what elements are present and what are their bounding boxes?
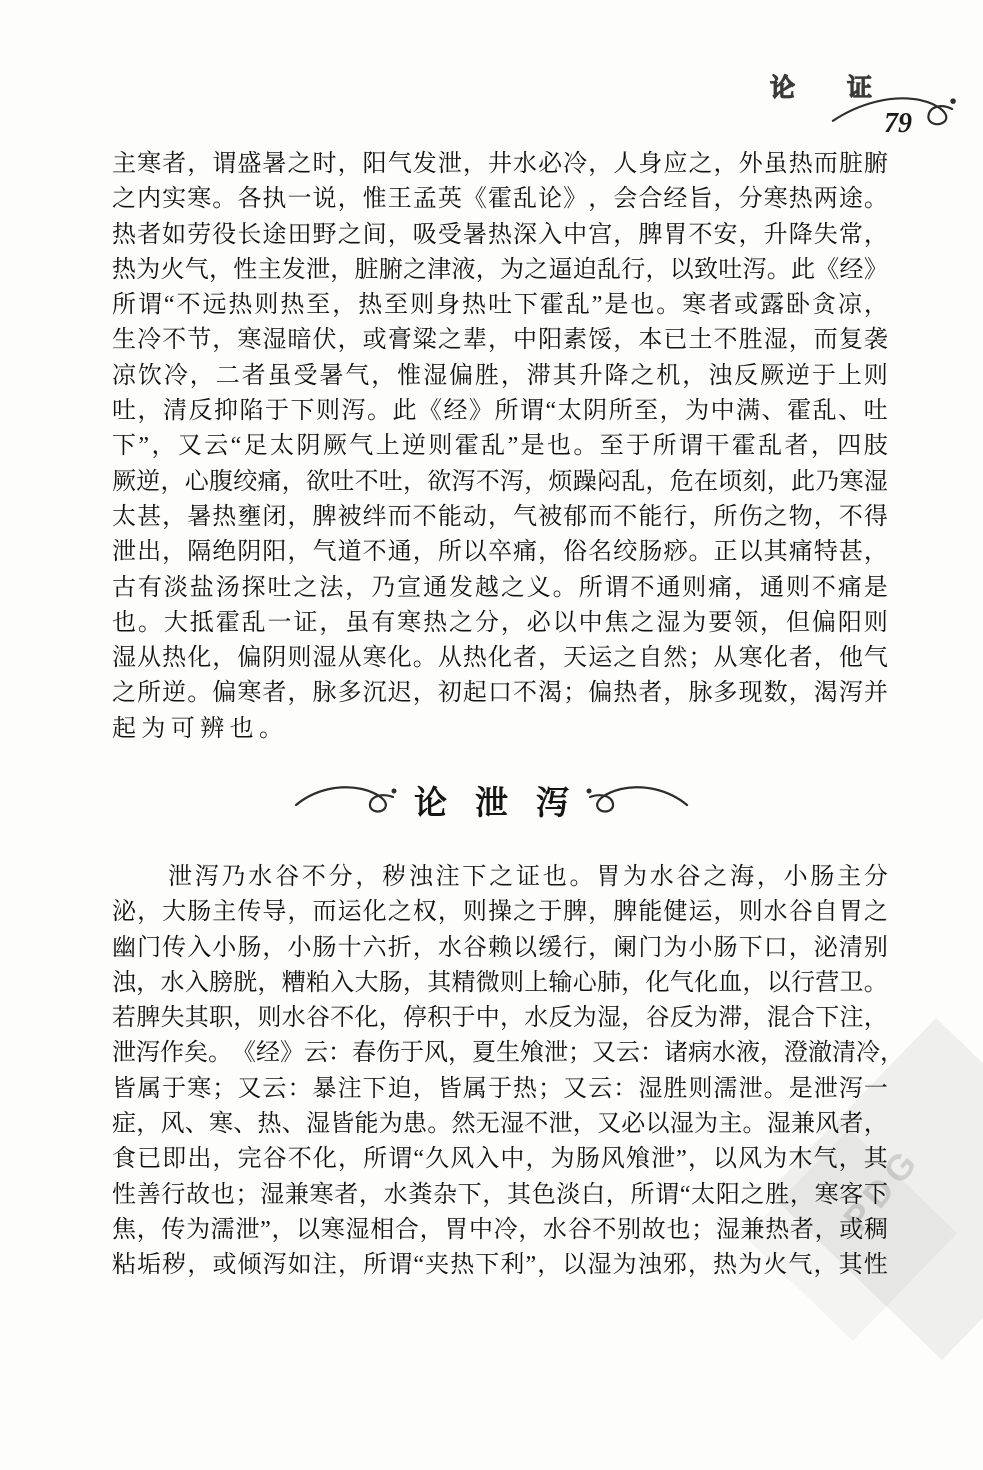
text-line: 焦，传为濡泄”，以寒湿相合，胃中冷，水谷不别故也；湿兼热者，或稠 <box>112 1213 888 1248</box>
scanned-book-page: PDG 论证 79 主寒者，谓盛暑之时，阳气发泄，井水必冷，人身应之，外虽热而脏… <box>0 0 983 1470</box>
text-line: 起为可辨也。 <box>112 712 888 747</box>
text-line: 浊，水入膀胱，糟粕入大肠，其精微则上输心肺，化气化血，以行营卫。 <box>112 966 888 1001</box>
text-line: 泌，大肠主传导，而运化之权，则操之于脾，脾能健运，则水谷自胃之 <box>112 895 888 930</box>
text-line: 厥逆，心腹绞痛，欲吐不吐，欲泻不泻，烦躁闷乱，危在顷刻，此乃寒湿 <box>112 465 888 500</box>
section-heading-row: 论泄泻 <box>0 778 983 822</box>
text-line: 吐，清反抑陷于下则泻。此《经》所谓“太阴所至，为中满、霍乱、吐 <box>112 394 888 429</box>
text-line: 生冷不节，寒湿暗伏，或膏粱之辈，中阳素馁，本已土不胜湿，而复袭 <box>112 323 888 358</box>
text-line: 热者如劳役长途田野之间，吸受暑热深入中宫，脾胃不安，升降失常， <box>112 218 888 253</box>
text-line: 食已即出，完谷不化，所谓“久风入中，为肠风飧泄”，以风为木气，其 <box>112 1142 888 1177</box>
text-line: 之所逆。偏寒者，脉多沉迟，初起口不渴；偏热者，脉多现数，渴泻并 <box>112 676 888 711</box>
text-line: 性善行故也；湿兼寒者，水粪杂下，其色淡白，所谓“太阳之胜，寒客下 <box>112 1178 888 1213</box>
text-line: 下”，又云“足太阴厥气上逆则霍乱”是也。至于所谓干霍乱者，四肢 <box>112 429 888 464</box>
text-line: 也。大抵霍乱一证，虽有寒热之分，必以中焦之湿为要领，但偏阳则 <box>112 606 888 641</box>
text-line: 泄泻作矣。《经》云：春伤于风，夏生飧泄；又云：诸病水液，澄澈清冷， <box>112 1036 888 1071</box>
text-line: 湿从热化，偏阴则湿从寒化。从热化者，天运之自然；从寒化者，他气 <box>112 641 888 676</box>
paragraph-huoluan: 主寒者，谓盛暑之时，阳气发泄，井水必冷，人身应之，外虽热而脏腑 之内实寒。各执一… <box>112 147 888 747</box>
text-line: 症，风、寒、热、湿皆能为患。然无湿不泄，又必以湿为主。湿兼风者， <box>112 1107 888 1142</box>
text-line: 皆属于寒；又云：暴注下迫，皆属于热；又云：湿胜则濡泄。是泄泻一 <box>112 1072 888 1107</box>
text-line: 幽门传入小肠，小肠十六折，水谷赖以缓行，阑门为小肠下口，泌清别 <box>112 931 888 966</box>
text-line: 粘垢秽，或倾泻如注，所谓“夹热下利”，以湿为浊邪，热为火气，其性 <box>112 1248 888 1283</box>
text-line: 之内实寒。各执一说，惟王孟英《霍乱论》，会合经旨，分寒热两途。 <box>112 182 888 217</box>
page-number: 79 <box>884 108 912 140</box>
text-line: 热为火气，性主发泄，脏腑之津液，为之逼迫乱行，以致吐泻。此《经》 <box>112 253 888 288</box>
text-line: 凉饮冷，二者虽受暑气，惟湿偏胜，滞其升降之机，浊反厥逆于上则 <box>112 359 888 394</box>
left-swirl-flourish-icon <box>294 781 398 819</box>
text-line: 泄泻乃水谷不分，秽浊注下之证也。胃为水谷之海，小肠主分 <box>112 860 888 895</box>
paragraph-xiexie: 泄泻乃水谷不分，秽浊注下之证也。胃为水谷之海，小肠主分 泌，大肠主传导，而运化之… <box>112 860 888 1284</box>
text-line: 所谓“不远热则热至，热至则身热吐下霍乱”是也。寒者或露卧贪凉， <box>112 288 888 323</box>
text-line: 主寒者，谓盛暑之时，阳气发泄，井水必冷，人身应之，外虽热而脏腑 <box>112 147 888 182</box>
text-line: 若脾失其职，则水谷不化，停积于中，水反为湿，谷反为滞，混合下注， <box>112 1001 888 1036</box>
text-line: 太甚，暑热壅闭，脾被绊而不能动，气被郁而不能行，所伤之物，不得 <box>112 500 888 535</box>
right-swirl-flourish-icon <box>585 781 689 819</box>
text-line: 古有淡盐汤探吐之法，乃宣通发越之义。所谓不通则痛，通则不痛是 <box>112 571 888 606</box>
text-line: 泄出，隔绝阴阳，气道不通，所以卒痛，俗名绞肠痧。正以其痛特甚， <box>112 535 888 570</box>
section-title: 论泄泻 <box>414 777 597 824</box>
